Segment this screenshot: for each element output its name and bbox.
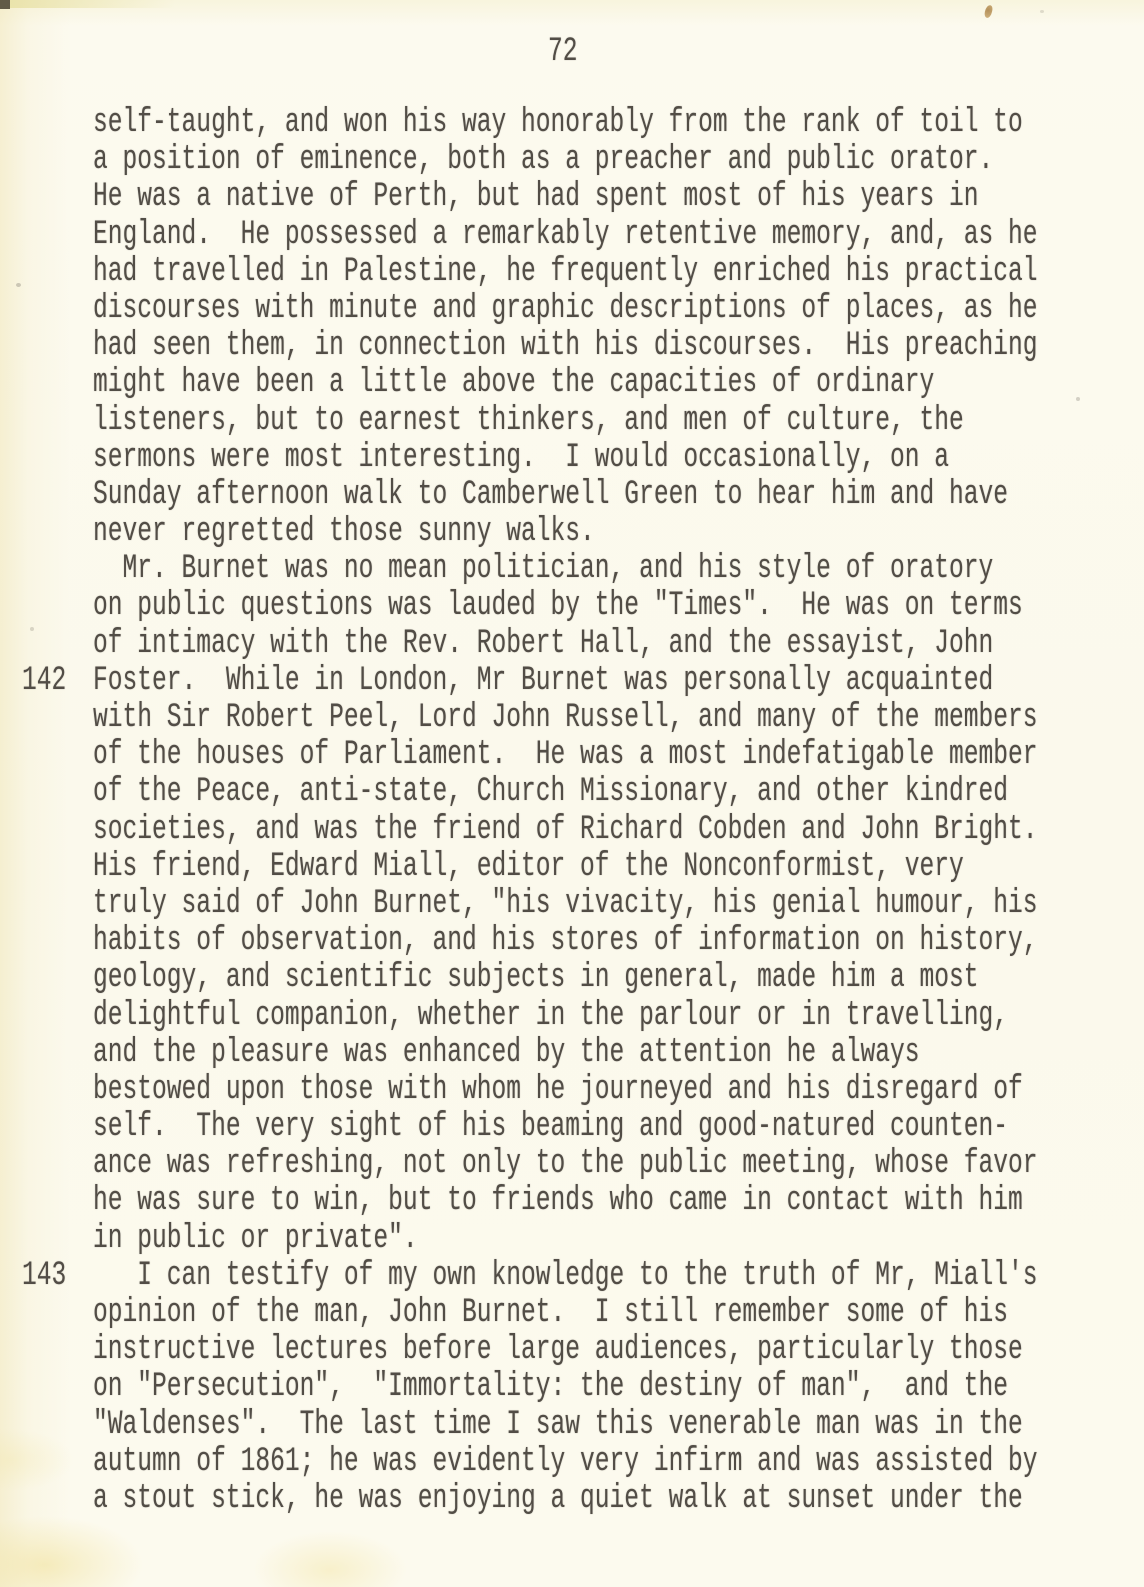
paper-speck — [30, 627, 34, 631]
scan-corner-mark — [0, 0, 10, 9]
margin-number-143: 143 — [22, 1251, 66, 1303]
body-text: self-taught, and won his way honorably f… — [93, 105, 1093, 1518]
scan-edge-tint — [10, 0, 175, 8]
page-number: 72 — [548, 27, 578, 79]
margin-number-142: 142 — [22, 656, 66, 708]
paper-speck — [16, 283, 21, 287]
text-line: a stout stick, he was enjoying a quiet w… — [93, 1474, 1093, 1526]
paper-speck — [984, 4, 994, 18]
document-page: 72 142 143 self-taught, and won his way … — [0, 0, 1144, 1587]
paper-speck — [1040, 10, 1044, 13]
